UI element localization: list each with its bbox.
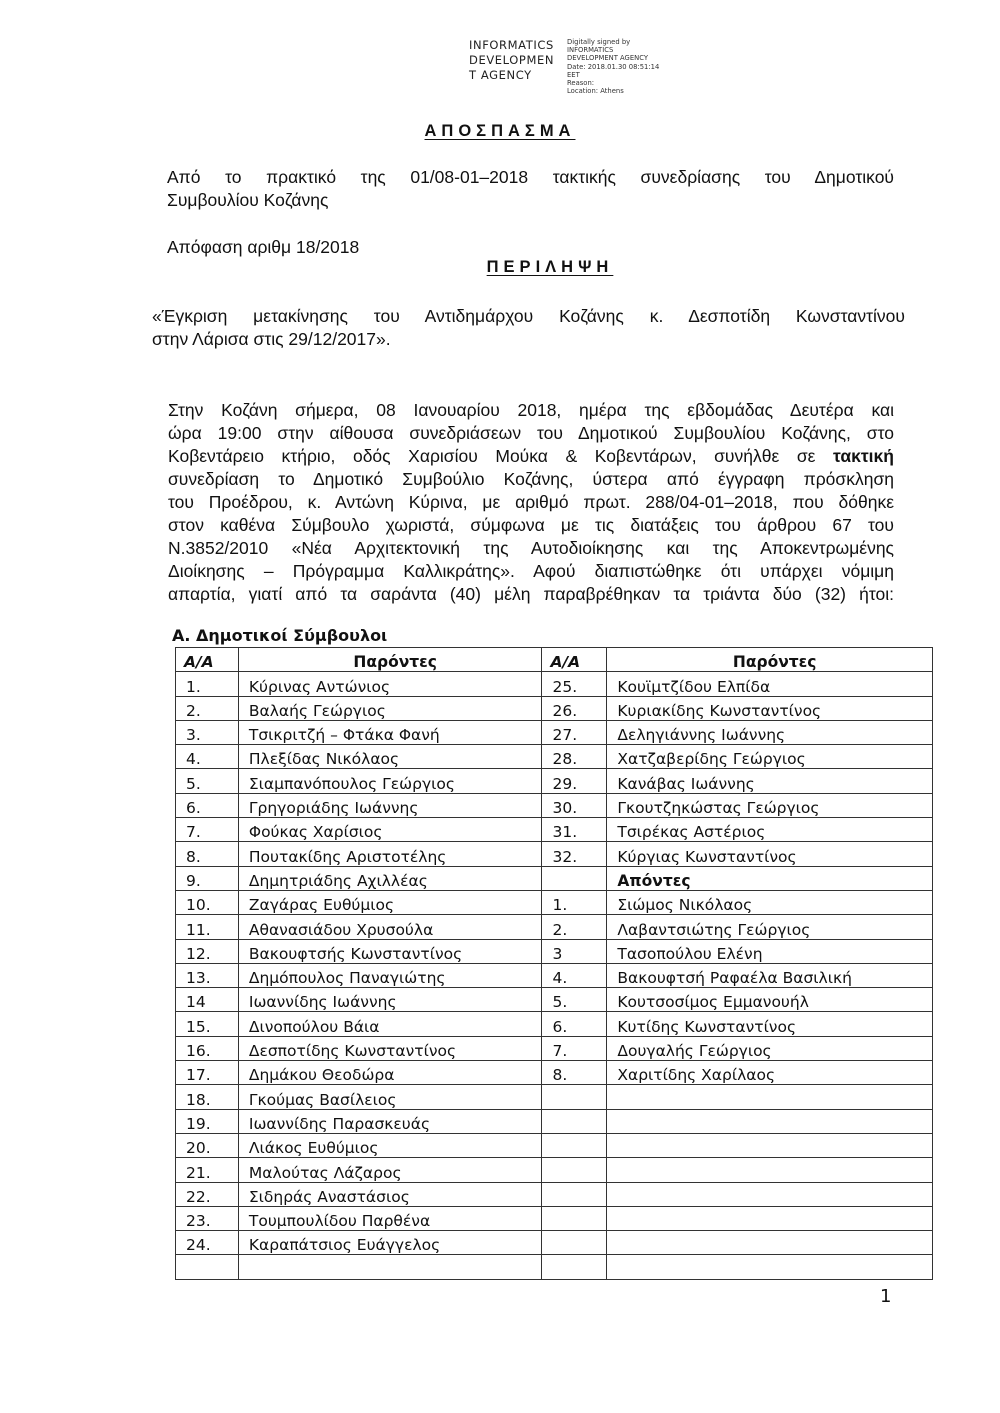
member-name-cell: Λιάκος Ευθύμιος — [238, 1133, 542, 1157]
member-name-cell: Απόντες — [607, 866, 933, 890]
member-name-cell — [607, 1206, 933, 1230]
member-name-cell: Βακουφτσής Κωνσταντίνος — [238, 939, 542, 963]
table-row: 23.Τουμπουλίδου Παρθένα — [176, 1206, 933, 1230]
column-header-present: Παρόντες — [238, 648, 542, 672]
member-name-cell: Λαβαντσιώτης Γεώργιος — [607, 915, 933, 939]
member-name-cell — [607, 1085, 933, 1109]
body-line: ώρα 19:00 στην αίθουσα συνεδριάσεων του … — [168, 422, 894, 445]
signature-detail-line: Digitally signed by — [567, 38, 659, 46]
signature-details: Digitally signed by INFORMATICS DEVELOPM… — [567, 38, 659, 95]
row-number-cell: 6. — [542, 1012, 607, 1036]
member-name-cell: Σιδηράς Αναστάσιος — [238, 1182, 542, 1206]
member-name-cell: Κυτίδης Κωνσταντίνος — [607, 1012, 933, 1036]
signature-detail-line: Location: Athens — [567, 87, 659, 95]
row-number-cell: 28. — [542, 745, 607, 769]
table-row: 1.Κύρινας Αντώνιος25.Κουϊμτζίδου Ελπίδα — [176, 672, 933, 696]
row-number-cell: 2. — [176, 696, 239, 720]
table-header-row: Α/Α Παρόντες Α/Α Παρόντες — [176, 648, 933, 672]
row-number-cell: 27. — [542, 720, 607, 744]
table-row: 2.Βαλαής Γεώργιος26.Κυριακίδης Κωνσταντί… — [176, 696, 933, 720]
decision-number: Απόφαση αριθμ 18/2018 — [167, 236, 359, 259]
table-row: 22.Σιδηράς Αναστάσιος — [176, 1182, 933, 1206]
member-name-cell — [238, 1255, 542, 1279]
member-name-cell: Κουτσοσίμος Εμμανουήλ — [607, 988, 933, 1012]
table-row: 16.Δεσποτίδης Κωνσταντίνος7.Δουγαλής Γεώ… — [176, 1036, 933, 1060]
table-row: 8.Πουτακίδης Αριστοτέλης32.Κύργιας Κωνστ… — [176, 842, 933, 866]
row-number-cell: 17. — [176, 1061, 239, 1085]
row-number-cell: 19. — [176, 1109, 239, 1133]
summary-line: «Έγκριση μετακίνησης του Αντιδημάρχου Κο… — [152, 305, 905, 328]
member-name-cell: Αθανασιάδου Χρυσούλα — [238, 915, 542, 939]
member-name-cell: Τσικριτζή – Φτάκα Φανή — [238, 720, 542, 744]
row-number-cell: 25. — [542, 672, 607, 696]
body-line: στον καθένα Σύμβουλο χωριστά, σύμφωνα με… — [168, 514, 894, 537]
row-number-cell — [542, 1255, 607, 1279]
table-row: 9.Δημητριάδης ΑχιλλέαςΑπόντες — [176, 866, 933, 890]
summary-line-text: στην Λάρισα στις 29/12/2017». — [152, 329, 391, 349]
intro-line: Συμβουλίου Κοζάνης — [167, 189, 894, 212]
member-name-cell: Τασοπούλου Ελένη — [607, 939, 933, 963]
body-line: συνεδρίαση το Δημοτικό Συμβούλιο Κοζάνης… — [168, 468, 894, 491]
row-number-cell: 7. — [176, 818, 239, 842]
member-name-cell: Κύρινας Αντώνιος — [238, 672, 542, 696]
row-number-cell: 31. — [542, 818, 607, 842]
row-number-cell: 29. — [542, 769, 607, 793]
page-number: 1 — [880, 1286, 891, 1307]
row-number-cell: 3 — [542, 939, 607, 963]
table-row: 19.Ιωαννίδης Παρασκευάς — [176, 1109, 933, 1133]
row-number-cell: 22. — [176, 1182, 239, 1206]
body-line: Ν.3852/2010 «Νέα Αρχιτεκτονική της Αυτοδ… — [168, 537, 894, 560]
member-name-cell: Δημόπουλος Παναγιώτης — [238, 963, 542, 987]
intro-line: Από το πρακτικό της 01/08-01–2018 τακτικ… — [167, 166, 894, 189]
row-number-cell: 21. — [176, 1158, 239, 1182]
row-number-cell: 3. — [176, 720, 239, 744]
row-number-cell: 20. — [176, 1133, 239, 1157]
row-number-cell: 32. — [542, 842, 607, 866]
document-title: ΑΠΟΣΠΑΣΜΑ — [0, 122, 1000, 141]
row-number-cell: 15. — [176, 1012, 239, 1036]
member-name-cell: Δεσποτίδης Κωνσταντίνος — [238, 1036, 542, 1060]
member-name-cell — [607, 1231, 933, 1255]
signature-detail-line: DEVELOPMENT AGENCY — [567, 54, 659, 62]
member-name-cell: Τσιρέκας Αστέριος — [607, 818, 933, 842]
summary-line: στην Λάρισα στις 29/12/2017». — [152, 328, 905, 351]
table-row: 11.Αθανασιάδου Χρυσούλα2.Λαβαντσιώτης Γε… — [176, 915, 933, 939]
row-number-cell: 8. — [542, 1061, 607, 1085]
row-number-cell: 2. — [542, 915, 607, 939]
member-name-cell: Δουγαλής Γεώργιος — [607, 1036, 933, 1060]
row-number-cell: 16. — [176, 1036, 239, 1060]
column-header-present: Παρόντες — [607, 648, 933, 672]
row-number-cell — [542, 1231, 607, 1255]
table-row: 18.Γκούμας Βασίλειος — [176, 1085, 933, 1109]
body-line-text: Κοβεντάρειο κτήριο, οδός Χαρισίου Μούκα … — [168, 446, 833, 466]
row-number-cell: 30. — [542, 793, 607, 817]
member-name-cell: Κουϊμτζίδου Ελπίδα — [607, 672, 933, 696]
table-row: 13.Δημόπουλος Παναγιώτης4.Βακουφτσή Ραφα… — [176, 963, 933, 987]
row-number-cell — [542, 1182, 607, 1206]
column-header-number: Α/Α — [176, 648, 239, 672]
member-name-cell — [607, 1182, 933, 1206]
table-row: 21.Μαλούτας Λάζαρος — [176, 1158, 933, 1182]
table-row: 7.Φούκας Χαρίσιος31.Τσιρέκας Αστέριος — [176, 818, 933, 842]
member-name-cell: Φούκας Χαρίσιος — [238, 818, 542, 842]
table-row — [176, 1255, 933, 1279]
member-name-cell: Πλεξίδας Νικόλαος — [238, 745, 542, 769]
body-line: Στην Κοζάνη σήμερα, 08 Ιανουαρίου 2018, … — [168, 399, 894, 422]
row-number-cell: 1. — [542, 890, 607, 914]
member-name-cell: Γρηγοριάδης Ιωάννης — [238, 793, 542, 817]
member-name-cell: Γκούμας Βασίλειος — [238, 1085, 542, 1109]
member-name-cell: Χατζαβερίδης Γεώργιος — [607, 745, 933, 769]
row-number-cell: 18. — [176, 1085, 239, 1109]
member-name-cell: Δεληγιάννης Ιωάννης — [607, 720, 933, 744]
member-name-cell — [607, 1133, 933, 1157]
table-body: 1.Κύρινας Αντώνιος25.Κουϊμτζίδου Ελπίδα2… — [176, 672, 933, 1279]
table-row: 10.Ζαγάρας Ευθύμιος1.Σιώμος Νικόλαος — [176, 890, 933, 914]
row-number-cell: 5. — [542, 988, 607, 1012]
row-number-cell: 5. — [176, 769, 239, 793]
table-row: 12.Βακουφτσής Κωνσταντίνος3Τασοπούλου Ελ… — [176, 939, 933, 963]
member-name-cell: Ιωαννίδης Παρασκευάς — [238, 1109, 542, 1133]
signature-detail-line: EET — [567, 71, 659, 79]
member-name-cell: Γκουτζηκώστας Γεώργιος — [607, 793, 933, 817]
summary-heading: ΠΕΡΙΛΗΨΗ — [50, 258, 1000, 277]
table-row: 17.Δημάκου Θεοδώρα8.Χαριτίδης Χαρίλαος — [176, 1061, 933, 1085]
body-line: του Προέδρου, κ. Αντώνη Κύρινα, με αριθμ… — [168, 491, 894, 514]
member-name-cell: Δινοπούλου Βάια — [238, 1012, 542, 1036]
member-name-cell: Δημάκου Θεοδώρα — [238, 1061, 542, 1085]
member-name-cell: Ζαγάρας Ευθύμιος — [238, 890, 542, 914]
member-name-cell: Βαλαής Γεώργιος — [238, 696, 542, 720]
member-name-cell — [607, 1158, 933, 1182]
table-row: 4.Πλεξίδας Νικόλαος28.Χατζαβερίδης Γεώργ… — [176, 745, 933, 769]
row-number-cell: 12. — [176, 939, 239, 963]
member-name-cell: Καραπάτσιος Ευάγγελος — [238, 1231, 542, 1255]
signature-detail-line: INFORMATICS — [567, 46, 659, 54]
signature-org-line: INFORMATICS — [469, 38, 569, 53]
row-number-cell — [542, 1206, 607, 1230]
member-name-cell: Πουτακίδης Αριστοτέλης — [238, 842, 542, 866]
member-name-cell — [607, 1255, 933, 1279]
table-row: 14Ιωαννίδης Ιωάννης5.Κουτσοσίμος Εμμανου… — [176, 988, 933, 1012]
body-bold-word: τακτική — [833, 446, 894, 466]
intro-paragraph: Από το πρακτικό της 01/08-01–2018 τακτικ… — [167, 166, 894, 212]
signature-organization: INFORMATICS DEVELOPMEN T AGENCY — [469, 38, 569, 83]
signature-org-line: T AGENCY — [469, 68, 569, 83]
row-number-cell: 11. — [176, 915, 239, 939]
table-row: 20.Λιάκος Ευθύμιος — [176, 1133, 933, 1157]
member-name-cell: Κύργιας Κωνσταντίνος — [607, 842, 933, 866]
member-name-cell: Κυριακίδης Κωνσταντίνος — [607, 696, 933, 720]
row-number-cell: 7. — [542, 1036, 607, 1060]
member-name-cell: Ιωαννίδης Ιωάννης — [238, 988, 542, 1012]
row-number-cell: 24. — [176, 1231, 239, 1255]
row-number-cell: 6. — [176, 793, 239, 817]
row-number-cell — [542, 1158, 607, 1182]
section-heading: Α. Δημοτικοί Σύμβουλοι — [172, 626, 387, 645]
table-row: 15.Δινοπούλου Βάια6.Κυτίδης Κωνσταντίνος — [176, 1012, 933, 1036]
row-number-cell — [542, 866, 607, 890]
body-line: Κοβεντάρειο κτήριο, οδός Χαρισίου Μούκα … — [168, 445, 894, 468]
body-line: απαρτία, γιατί από τα σαράντα (40) μέλη … — [168, 583, 894, 606]
body-paragraph: Στην Κοζάνη σήμερα, 08 Ιανουαρίου 2018, … — [168, 399, 894, 606]
signature-org-line: DEVELOPMEN — [469, 53, 569, 68]
member-name-cell: Κανάβας Ιωάννης — [607, 769, 933, 793]
member-name-cell: Δημητριάδης Αχιλλέας — [238, 866, 542, 890]
row-number-cell: 4. — [542, 963, 607, 987]
row-number-cell — [542, 1133, 607, 1157]
member-name-cell — [607, 1109, 933, 1133]
member-name-cell: Σιώμος Νικόλαος — [607, 890, 933, 914]
council-members-table: Α/Α Παρόντες Α/Α Παρόντες 1.Κύρινας Αντώ… — [175, 647, 933, 1280]
row-number-cell: 23. — [176, 1206, 239, 1230]
table-row: 24.Καραπάτσιος Ευάγγελος — [176, 1231, 933, 1255]
row-number-cell: 9. — [176, 866, 239, 890]
member-name-cell: Μαλούτας Λάζαρος — [238, 1158, 542, 1182]
signature-detail-line: Date: 2018.01.30 08:51:14 — [567, 63, 659, 71]
member-name-cell: Τουμπουλίδου Παρθένα — [238, 1206, 542, 1230]
body-line: Διοίκησης – Πρόγραμμα Καλλικράτης». Αφού… — [168, 560, 894, 583]
row-number-cell: 4. — [176, 745, 239, 769]
row-number-cell: 14 — [176, 988, 239, 1012]
row-number-cell — [542, 1085, 607, 1109]
column-header-number: Α/Α — [542, 648, 607, 672]
table-row: 3.Τσικριτζή – Φτάκα Φανή27.Δεληγιάννης Ι… — [176, 720, 933, 744]
row-number-cell: 1. — [176, 672, 239, 696]
row-number-cell: 8. — [176, 842, 239, 866]
summary-paragraph: «Έγκριση μετακίνησης του Αντιδημάρχου Κο… — [152, 305, 905, 351]
member-name-cell: Σιαμπανόπουλος Γεώργιος — [238, 769, 542, 793]
signature-detail-line: Reason: — [567, 79, 659, 87]
row-number-cell: 13. — [176, 963, 239, 987]
row-number-cell: 10. — [176, 890, 239, 914]
row-number-cell: 26. — [542, 696, 607, 720]
row-number-cell — [542, 1109, 607, 1133]
row-number-cell — [176, 1255, 239, 1279]
table-row: 6.Γρηγοριάδης Ιωάννης30.Γκουτζηκώστας Γε… — [176, 793, 933, 817]
member-name-cell: Χαριτίδης Χαρίλαος — [607, 1061, 933, 1085]
member-name-cell: Βακουφτσή Ραφαέλα Βασιλική — [607, 963, 933, 987]
table-row: 5.Σιαμπανόπουλος Γεώργιος29.Κανάβας Ιωάν… — [176, 769, 933, 793]
